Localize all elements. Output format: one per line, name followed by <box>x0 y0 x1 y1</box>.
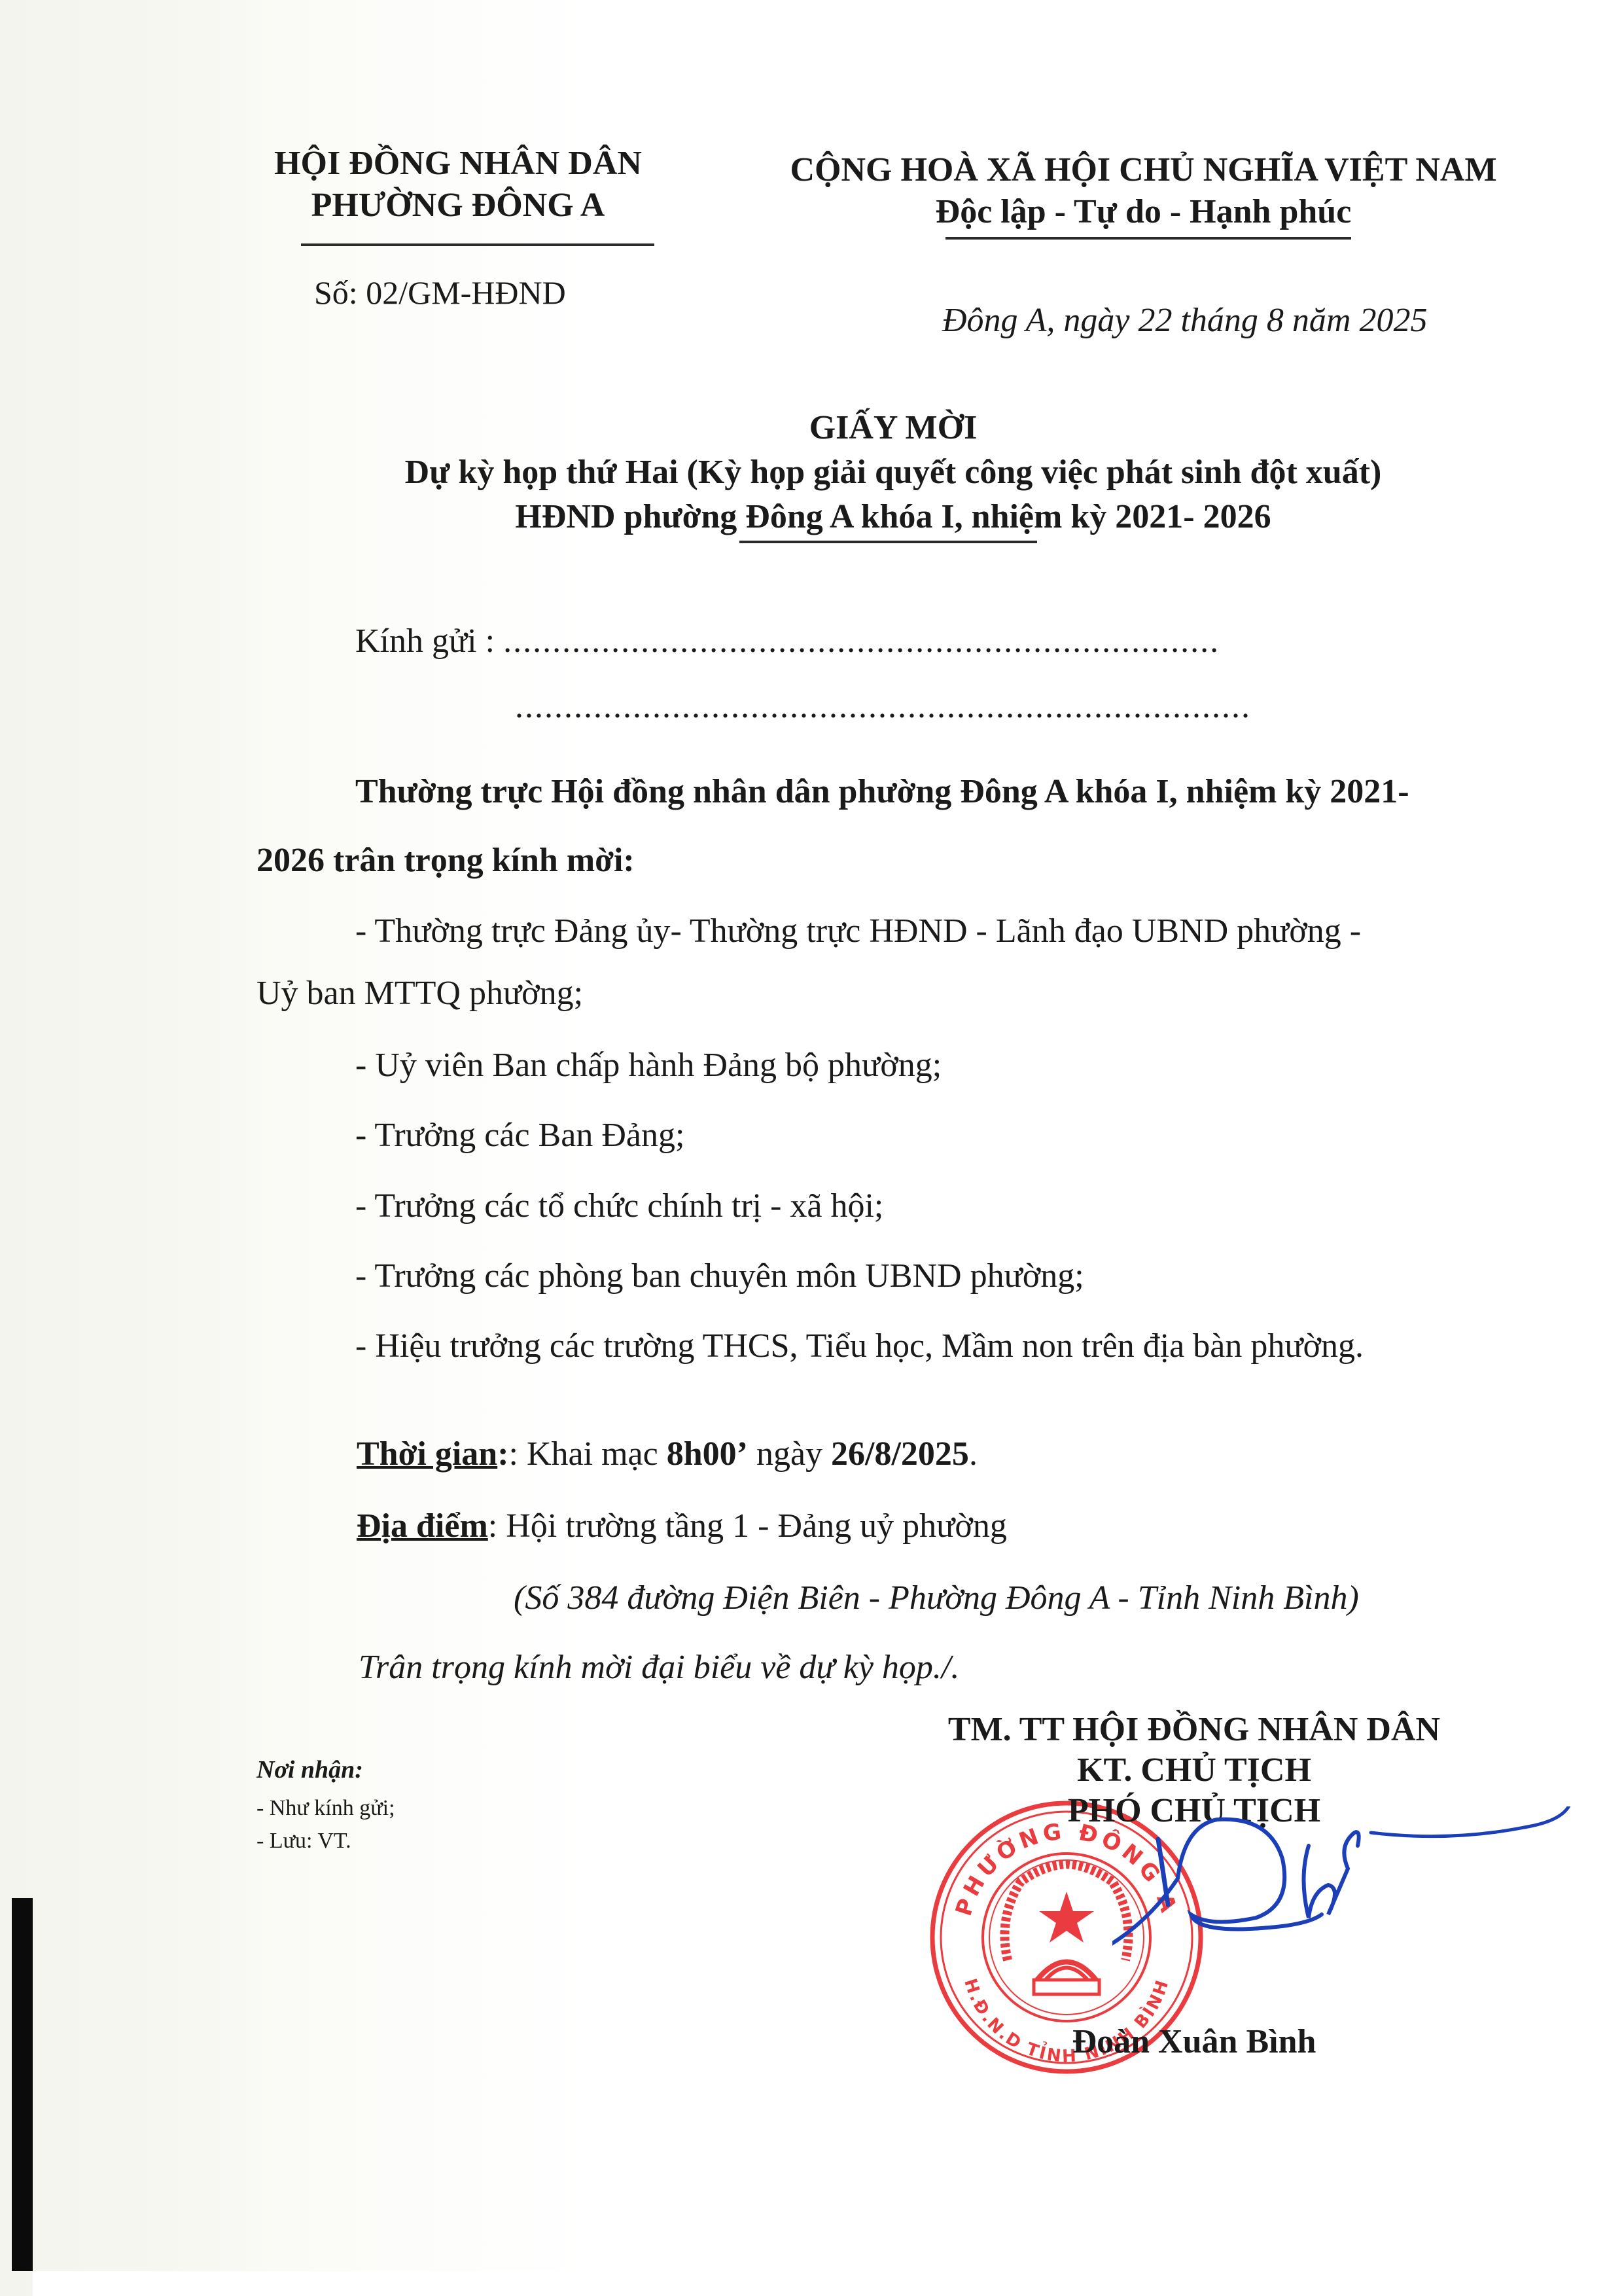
document-number: Số: 02/GM-HĐND <box>314 274 566 312</box>
time-colon: : <box>497 1435 508 1473</box>
closing-line: Trân trọng kính mời đại biểu về dự kỳ họ… <box>359 1648 959 1687</box>
time-hour: 8h00’ <box>667 1435 748 1473</box>
document-title: GIẤY MỜI <box>196 406 1590 450</box>
addressee-line-1: Kính gửi : .............................… <box>355 622 1220 660</box>
place-text: : Hội trường tầng 1 - Đảng uỷ phường <box>488 1507 1007 1545</box>
nation-line-1: CỘNG HOÀ XÃ HỘI CHỦ NGHĨA VIỆT NAM <box>746 149 1541 191</box>
signature-title-2: KT. CHỦ TỊCH <box>896 1750 1492 1791</box>
motto-underline <box>945 237 1351 240</box>
intro-line-1: Thường trực Hội đồng nhân dân phường Đôn… <box>355 772 1409 811</box>
recipient-item: - Lưu: VT. <box>256 1829 351 1854</box>
time-date: 26/8/2025 <box>831 1435 969 1473</box>
title-underline <box>739 541 1037 543</box>
intro-line-2: 2026 trân trọng kính mời: <box>256 841 635 880</box>
document-subtitle-1: Dự kỳ họp thứ Hai (Kỳ họp giải quyết côn… <box>196 450 1590 495</box>
invitee-item-continued: Uỷ ban MTTQ phường; <box>256 974 583 1013</box>
invitee-item: - Trưởng các phòng ban chuyên môn UBND p… <box>355 1257 1084 1295</box>
nation-line-2: Độc lập - Tự do - Hạnh phúc <box>746 191 1541 233</box>
place-date: Đông A, ngày 22 tháng 8 năm 2025 <box>942 301 1427 340</box>
invitee-item: - Uỷ viên Ban chấp hành Đảng bộ phường; <box>355 1046 942 1085</box>
document-subtitle-2: HĐND phường Đông A khóa I, nhiệm kỳ 2021… <box>196 495 1590 539</box>
signature-title-1: TM. TT HỘI ĐỒNG NHÂN DÂN <box>896 1710 1492 1750</box>
place-label: Địa điểm <box>357 1507 488 1545</box>
time-end: . <box>969 1435 978 1473</box>
recipient-item: - Như kính gửi; <box>256 1796 395 1821</box>
page-bottom-margin <box>33 2271 1624 2296</box>
invitee-item: - Trưởng các Ban Đảng; <box>355 1116 684 1155</box>
recipients-heading: Nơi nhận: <box>256 1755 363 1784</box>
scan-edge-shadow <box>12 1898 33 2271</box>
handwritten-signature-icon <box>1112 1806 1583 2003</box>
addressee-label: Kính gửi : <box>355 622 495 660</box>
agency-line-2: PHƯỜNG ĐÔNG A <box>236 185 680 226</box>
invitee-item: - Hiệu trưởng các trường THCS, Tiểu học,… <box>355 1327 1364 1365</box>
national-motto: CỘNG HOÀ XÃ HỘI CHỦ NGHĨA VIỆT NAM Độc l… <box>746 149 1541 233</box>
agency-line-1: HỘI ĐỒNG NHÂN DÂN <box>236 143 680 185</box>
signer-name: Đoàn Xuân Bình <box>1060 2022 1328 2061</box>
meeting-time: Thời gian:: Khai mạc 8h00’ ngày 26/8/202… <box>357 1435 978 1473</box>
time-text: : Khai mạc <box>509 1435 667 1473</box>
document-title-block: GIẤY MỜI Dự kỳ họp thứ Hai (Kỳ họp giải … <box>196 406 1590 539</box>
time-label: Thời gian <box>357 1435 497 1473</box>
meeting-place: Địa điểm: Hội trường tầng 1 - Đảng uỷ ph… <box>357 1507 1007 1545</box>
invitee-item: - Thường trực Đảng ủy- Thường trực HĐND … <box>355 912 1361 950</box>
issuing-agency: HỘI ĐỒNG NHÂN DÂN PHƯỜNG ĐÔNG A <box>236 143 680 226</box>
time-text-2: ngày <box>748 1435 831 1473</box>
addressee-field-2[interactable]: ........................................… <box>515 687 1251 726</box>
addressee-field-1[interactable]: ........................................… <box>503 622 1220 660</box>
invitee-item: - Trưởng các tổ chức chính trị - xã hội; <box>355 1187 883 1225</box>
agency-underline <box>301 243 654 246</box>
meeting-address: (Số 384 đường Điện Biên - Phường Đông A … <box>514 1579 1359 1617</box>
